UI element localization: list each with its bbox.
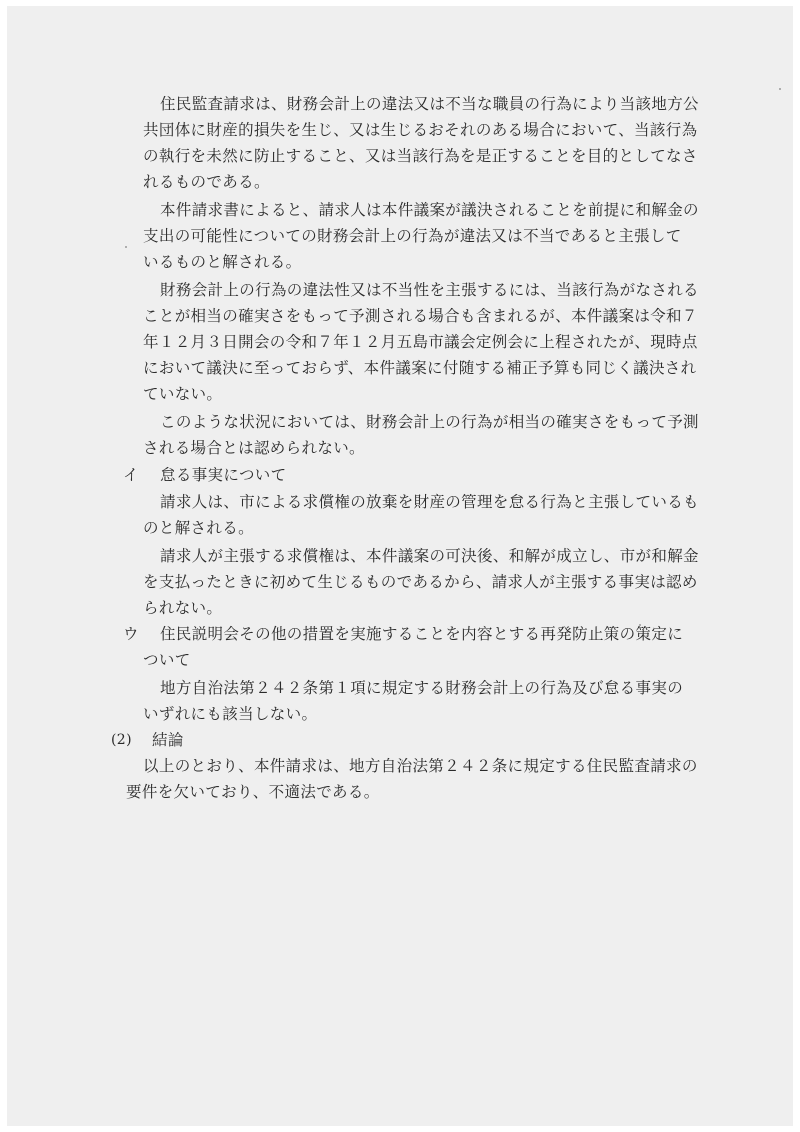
- section-marker: (2): [111, 730, 132, 750]
- text-line: られない。: [143, 598, 222, 618]
- text-line: のと解される。: [143, 518, 254, 538]
- section-heading: ついて: [143, 650, 191, 670]
- text-line: れるものである。: [143, 172, 270, 192]
- scanned-page: 住民監査請求は、財務会計上の違法又は不当な職員の行為により当該地方公 共団体に財…: [7, 6, 793, 1126]
- text-line: 以上のとおり、本件請求は、地方自治法第２４２条に規定する住民監査請求の: [143, 756, 698, 776]
- text-line: 請求人が主張する求償権は、本件議案の可決後、和解が成立し、市が和解金: [160, 546, 699, 566]
- text-line: 支出の可能性についての財務会計上の行為が違法又は不当であると主張して: [143, 226, 682, 246]
- text-line: 共団体に財産的損失を生じ、又は生じるおそれのある場合において、当該行為: [143, 120, 697, 140]
- text-line: ていない。: [143, 384, 222, 404]
- text-line: 住民監査請求は、財務会計上の違法又は不当な職員の行為により当該地方公: [160, 94, 699, 114]
- text-line: このような状況においては、財務会計上の行為が相当の確実さをもって予測: [160, 412, 699, 432]
- section-heading: 住民説明会その他の措置を実施することを内容とする再発防止策の策定に: [160, 624, 683, 644]
- section-heading: 怠る事実について: [160, 465, 287, 485]
- text-line: 本件請求書によると、請求人は本件議案が議決されることを前提に和解金の: [160, 200, 699, 220]
- text-line: を支払ったときに初めて生じるものであるから、請求人が主張する事実は認め: [143, 572, 698, 592]
- text-line: される場合とは認められない。: [143, 438, 365, 458]
- text-line: 地方自治法第２４２条第１項に規定する財務会計上の行為及び怠る事実の: [160, 678, 683, 698]
- text-line: 要件を欠いており、不適法である。: [126, 782, 380, 802]
- section-heading: 結論: [152, 730, 184, 750]
- text-line: の執行を未然に防止すること、又は当該行為を是正することを目的としてなさ: [143, 146, 698, 166]
- text-line: いるものと解される。: [143, 252, 302, 272]
- text-line: 年１２月３日開会の令和７年１２月五島市議会定例会に上程されたが、現時点: [143, 332, 698, 352]
- scan-speck: [779, 88, 781, 90]
- text-line: いずれにも該当しない。: [143, 704, 317, 724]
- text-line: 請求人は、市による求償権の放棄を財産の管理を怠る行為と主張しているも: [160, 492, 699, 512]
- text-line: において議決に至っておらず、本件議案に付随する補正予算も同じく議決され: [143, 358, 697, 378]
- text-line: 財務会計上の行為の違法性又は不当性を主張するには、当該行為がなされる: [160, 280, 699, 300]
- section-marker: イ: [123, 465, 139, 485]
- scan-speck: [125, 246, 127, 248]
- section-marker: ウ: [123, 624, 139, 644]
- text-line: ことが相当の確実さをもって予測される場合も含まれるが、本件議案は令和７: [143, 306, 698, 326]
